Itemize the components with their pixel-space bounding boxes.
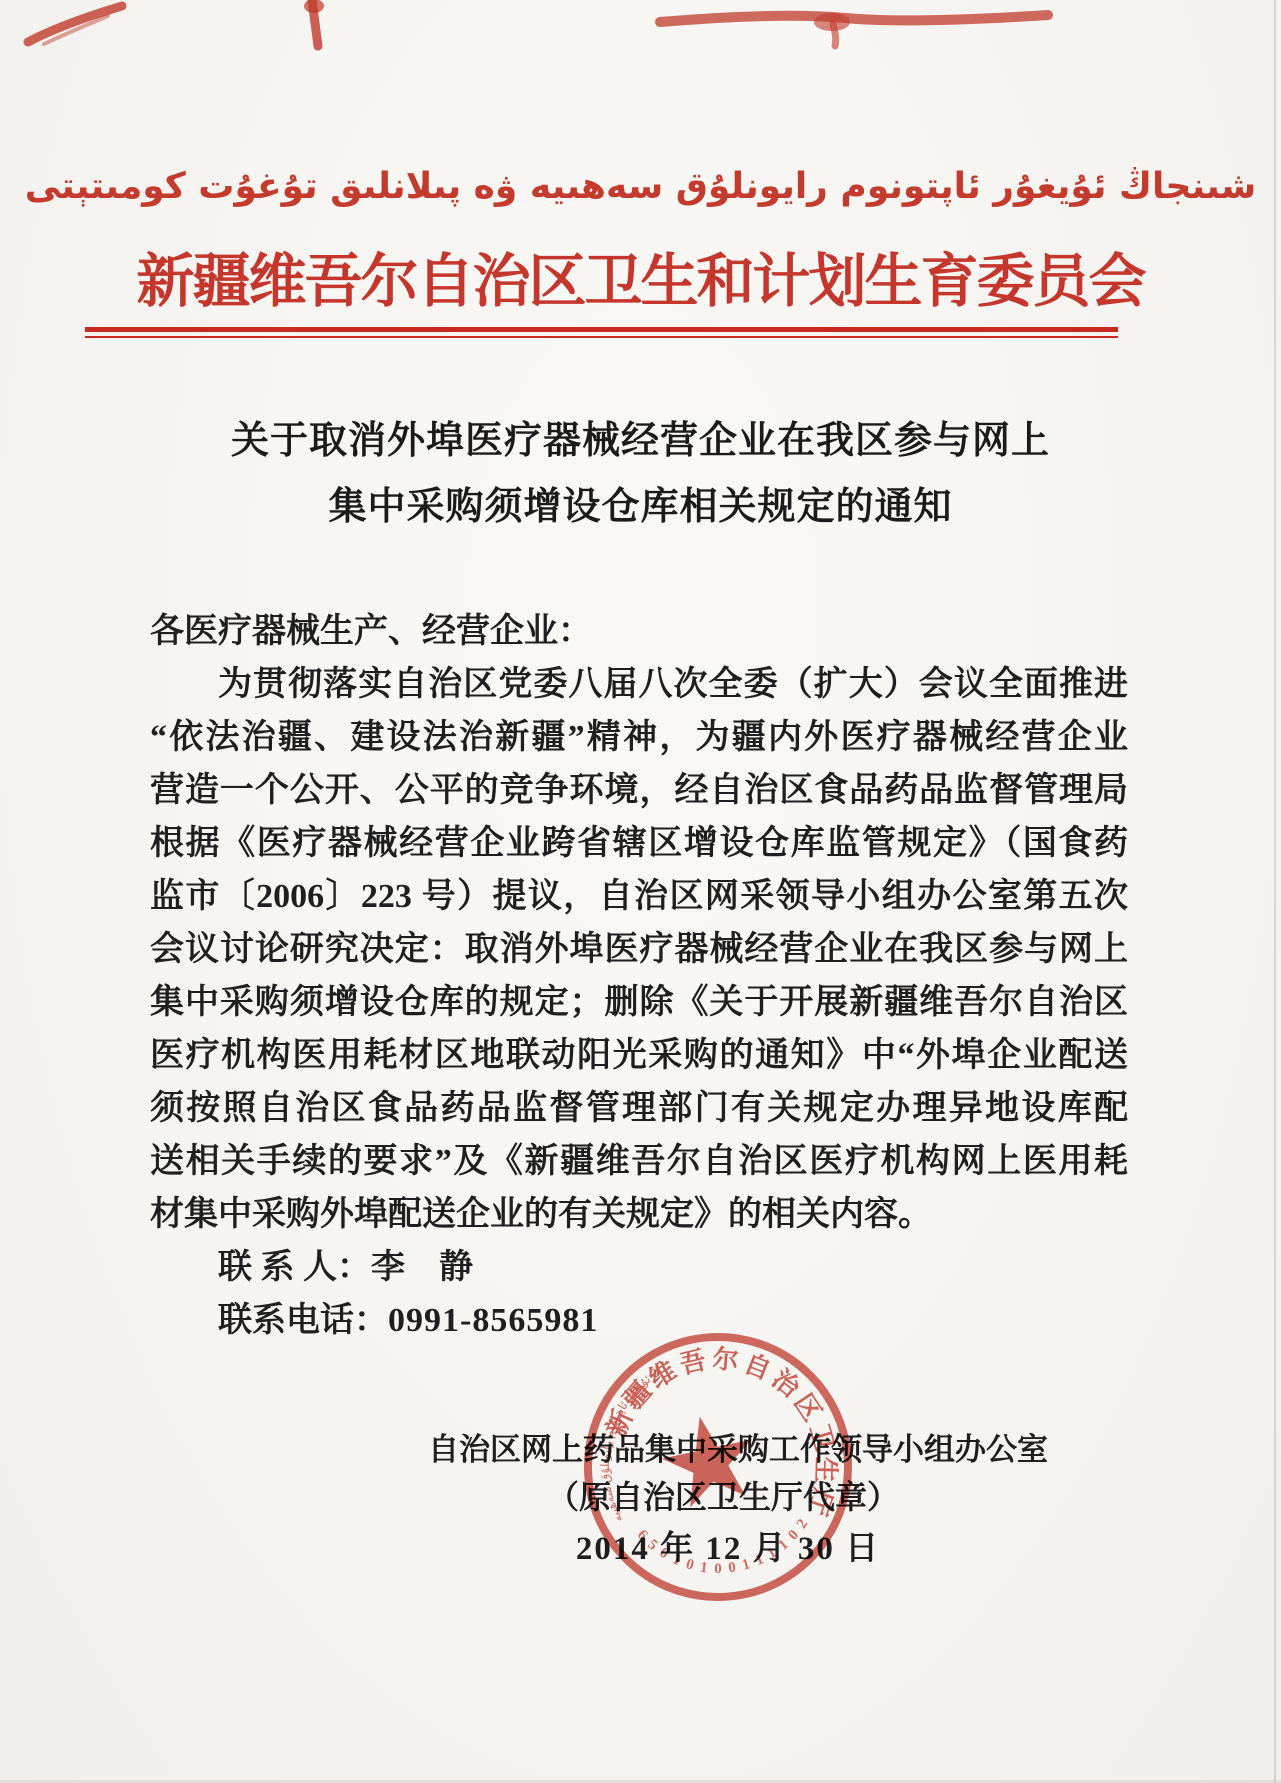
svg-text:1: 1 bbox=[776, 1537, 792, 1554]
body-line: 送相关手续的要求”及《新疆维吾尔自治区医疗机构网上医用耗 bbox=[150, 1135, 1128, 1188]
body-line: 须按照自治区食品药品监督管理部门有关规定办理异地设库配 bbox=[150, 1082, 1128, 1135]
red-ink-drip-blob bbox=[304, 0, 324, 13]
salutation: 各医疗器械生产、经营企业： bbox=[150, 605, 1128, 658]
red-ink-streak-drip bbox=[833, 24, 836, 46]
body-line: 为贯彻落实自治区党委八届八次全委（扩大）会议全面推进 bbox=[150, 658, 1128, 711]
contact-person-label: 联 系 人： bbox=[218, 1249, 371, 1286]
svg-text:吾: 吾 bbox=[677, 1345, 709, 1379]
letterhead-uyghur-title: شىنجاڭ ئۇيغۇر ئاپتونوم رايونلۇق سەھىيە ۋ… bbox=[0, 156, 1281, 218]
body-line: 会议讨论研究决定：取消外埠医疗器械经营企业在我区参与网上 bbox=[150, 923, 1128, 976]
body-line: 集中采购须增设仓库的规定；删除《关于开展新疆维吾尔自治区 bbox=[150, 976, 1128, 1029]
svg-text:厅: 厅 bbox=[802, 1485, 838, 1519]
official-seal: 新疆维吾尔自治区卫生厅 65010100111102 شىنجاڭ ئۇيغۇر… bbox=[568, 1317, 868, 1617]
red-ink-mark-left bbox=[28, 6, 122, 42]
document-body: 各医疗器械生产、经营企业： 为贯彻落实自治区党委八届八次全委（扩大）会议全面推进… bbox=[150, 605, 1128, 1347]
body-line: 材集中采购外埠配送企业的有关规定》的相关内容。 bbox=[150, 1188, 1128, 1241]
contact-person-line: 联 系 人：李 静 bbox=[150, 1241, 1128, 1294]
body-line: 根据《医疗器械经营企业跨省辖区增设仓库监管规定》（国食药 bbox=[150, 817, 1128, 870]
letterhead-org-name: 新疆维吾尔自治区卫生和计划生育委员会 bbox=[0, 242, 1281, 322]
body-line: 监市〔2006〕223 号）提议，自治区网采领导小组办公室第五次 bbox=[150, 870, 1128, 923]
red-ink-streak bbox=[660, 15, 1048, 22]
body-line: 医疗机构医用耗材区地联动阳光采购的通知》中“外埠企业配送 bbox=[150, 1029, 1128, 1082]
svg-text:1: 1 bbox=[699, 1560, 709, 1577]
svg-text:0: 0 bbox=[727, 1560, 737, 1577]
contact-person-name: 李 静 bbox=[371, 1249, 473, 1286]
svg-text:1: 1 bbox=[670, 1551, 683, 1569]
document-title-line2: 集中采购须增设仓库相关规定的通知 bbox=[0, 474, 1281, 540]
body-line: 营造一个公开、公平的竞争环境，经自治区食品药品监督管理局 bbox=[150, 764, 1128, 817]
svg-text:1: 1 bbox=[740, 1556, 752, 1573]
svg-text:2: 2 bbox=[794, 1516, 811, 1531]
svg-text:0: 0 bbox=[657, 1545, 672, 1563]
svg-text:0: 0 bbox=[714, 1561, 722, 1577]
body-line: “依法治疆、建设法治新疆”精神，为疆内外医疗器械经营企业 bbox=[150, 711, 1128, 764]
svg-text:0: 0 bbox=[684, 1556, 696, 1573]
svg-text:5: 5 bbox=[644, 1537, 660, 1554]
contact-phone-number: 0991-8565981 bbox=[388, 1302, 598, 1339]
letterhead-divider-thin bbox=[85, 336, 1118, 338]
red-ink-marks bbox=[0, 0, 1281, 60]
contact-phone-label: 联系电话： bbox=[218, 1302, 388, 1339]
scanned-document-page: شىنجاڭ ئۇيغۇر ئاپتونوم رايونلۇق سەھىيە ۋ… bbox=[0, 0, 1281, 1783]
seal-star-icon bbox=[655, 1407, 763, 1511]
document-title: 关于取消外埠医疗器械经营企业在我区参与网上 集中采购须增设仓库相关规定的通知 bbox=[0, 408, 1281, 540]
svg-text:0: 0 bbox=[785, 1527, 802, 1543]
letterhead-divider-thick bbox=[85, 327, 1118, 332]
document-title-line1: 关于取消外埠医疗器械经营企业在我区参与网上 bbox=[0, 408, 1281, 474]
svg-text:尔: 尔 bbox=[712, 1343, 740, 1375]
svg-text:6: 6 bbox=[634, 1527, 651, 1544]
svg-text:1: 1 bbox=[765, 1545, 780, 1563]
svg-text:自: 自 bbox=[740, 1349, 775, 1386]
svg-text:卫: 卫 bbox=[804, 1421, 839, 1454]
svg-text:生: 生 bbox=[811, 1456, 841, 1483]
svg-text:1: 1 bbox=[753, 1551, 766, 1569]
